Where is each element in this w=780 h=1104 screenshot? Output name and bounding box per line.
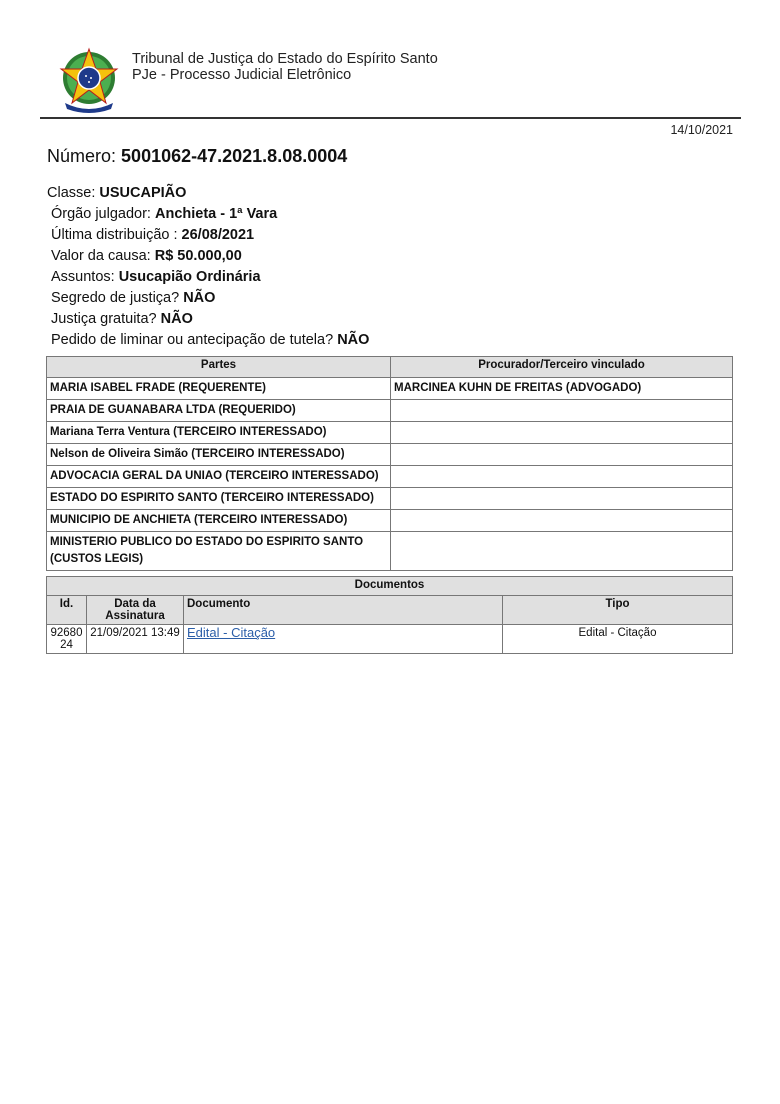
column-header-tipo: Tipo <box>503 596 733 625</box>
table-row: ADVOCACIA GERAL DA UNIAO (TERCEIRO INTER… <box>47 466 733 488</box>
procurador-cell <box>391 510 733 532</box>
procurador-cell <box>391 532 733 571</box>
field-classe: Classe: USUCAPIÃO <box>47 183 369 204</box>
field-segredo-justica: Segredo de justiça? NÃO <box>47 288 369 309</box>
document-cell: Edital - Citação <box>184 625 503 654</box>
parte-cell: MARIA ISABEL FRADE (REQUERENTE) <box>47 378 391 400</box>
field-value: NÃO <box>183 290 215 306</box>
field-value: NÃO <box>161 311 193 327</box>
field-value: R$ 50.000,00 <box>155 248 242 264</box>
field-value: Usucapião Ordinária <box>119 269 261 285</box>
field-value: USUCAPIÃO <box>99 185 186 201</box>
document-date: 21/09/2021 13:49 <box>87 625 184 654</box>
print-date: 14/10/2021 <box>670 123 733 137</box>
table-row: Nelson de Oliveira Simão (TERCEIRO INTER… <box>47 444 733 466</box>
field-orgao-julgador: Órgão julgador: Anchieta - 1ª Vara <box>47 204 369 225</box>
field-label: Última distribuição : <box>51 227 178 243</box>
field-justica-gratuita: Justiça gratuita? NÃO <box>47 309 369 330</box>
header-title: Tribunal de Justiça do Estado do Espírit… <box>132 51 438 83</box>
field-label: Pedido de liminar ou antecipação de tute… <box>51 332 333 348</box>
documentos-header-row: Id. Data da Assinatura Documento Tipo <box>47 596 733 625</box>
field-label: Segredo de justiça? <box>51 290 179 306</box>
field-label: Classe: <box>47 185 95 201</box>
documentos-title: Documentos <box>47 577 733 596</box>
header-divider <box>40 117 741 119</box>
document-header: Tribunal de Justiça do Estado do Espírit… <box>0 0 780 120</box>
column-header-partes: Partes <box>47 357 391 378</box>
process-number: Número: 5001062-47.2021.8.08.0004 <box>47 146 347 167</box>
system-name: PJe - Processo Judicial Eletrônico <box>132 67 438 83</box>
column-header-procurador: Procurador/Terceiro vinculado <box>391 357 733 378</box>
procurador-cell <box>391 444 733 466</box>
court-name: Tribunal de Justiça do Estado do Espírit… <box>132 51 438 67</box>
procurador-cell <box>391 400 733 422</box>
field-label: Justiça gratuita? <box>51 311 157 327</box>
brasao-republica-icon <box>55 45 123 115</box>
parte-cell: ADVOCACIA GERAL DA UNIAO (TERCEIRO INTER… <box>47 466 391 488</box>
table-row: MUNICIPIO DE ANCHIETA (TERCEIRO INTERESS… <box>47 510 733 532</box>
field-ultima-distribuicao: Última distribuição : 26/08/2021 <box>47 225 369 246</box>
document-link[interactable]: Edital - Citação <box>187 625 275 640</box>
table-row: ESTADO DO ESPIRITO SANTO (TERCEIRO INTER… <box>47 488 733 510</box>
documentos-table: Documentos Id. Data da Assinatura Docume… <box>46 576 733 654</box>
procurador-cell <box>391 488 733 510</box>
field-label: Órgão julgador: <box>51 206 151 222</box>
partes-table: Partes Procurador/Terceiro vinculado MAR… <box>46 356 733 571</box>
field-value: 26/08/2021 <box>182 227 255 243</box>
field-pedido-liminar: Pedido de liminar ou antecipação de tute… <box>47 330 369 351</box>
process-number-label: Número: <box>47 146 116 166</box>
procurador-cell <box>391 422 733 444</box>
column-header-data-assinatura: Data da Assinatura <box>87 596 184 625</box>
parte-cell: MUNICIPIO DE ANCHIETA (TERCEIRO INTERESS… <box>47 510 391 532</box>
column-header-id: Id. <box>47 596 87 625</box>
parte-cell: Mariana Terra Ventura (TERCEIRO INTERESS… <box>47 422 391 444</box>
field-valor-causa: Valor da causa: R$ 50.000,00 <box>47 246 369 267</box>
field-assuntos: Assuntos: Usucapião Ordinária <box>47 267 369 288</box>
field-value: NÃO <box>337 332 369 348</box>
document-id: 9268024 <box>47 625 87 654</box>
parte-cell: Nelson de Oliveira Simão (TERCEIRO INTER… <box>47 444 391 466</box>
parte-cell: MINISTERIO PUBLICO DO ESTADO DO ESPIRITO… <box>47 532 391 571</box>
table-row: MINISTERIO PUBLICO DO ESTADO DO ESPIRITO… <box>47 532 733 571</box>
process-fields: Classe: USUCAPIÃO Órgão julgador: Anchie… <box>47 183 369 351</box>
document-type: Edital - Citação <box>503 625 733 654</box>
parte-cell: ESTADO DO ESPIRITO SANTO (TERCEIRO INTER… <box>47 488 391 510</box>
field-label: Assuntos: <box>51 269 115 285</box>
table-row: Mariana Terra Ventura (TERCEIRO INTERESS… <box>47 422 733 444</box>
process-number-value: 5001062-47.2021.8.08.0004 <box>121 146 347 166</box>
partes-header-row: Partes Procurador/Terceiro vinculado <box>47 357 733 378</box>
procurador-cell <box>391 466 733 488</box>
field-label: Valor da causa: <box>51 248 151 264</box>
table-row: PRAIA DE GUANABARA LTDA (REQUERIDO) <box>47 400 733 422</box>
table-row: 9268024 21/09/2021 13:49 Edital - Citaçã… <box>47 625 733 654</box>
procurador-cell: MARCINEA KUHN DE FREITAS (ADVOGADO) <box>391 378 733 400</box>
column-header-documento: Documento <box>184 596 503 625</box>
documentos-title-row: Documentos <box>47 577 733 596</box>
parte-cell: PRAIA DE GUANABARA LTDA (REQUERIDO) <box>47 400 391 422</box>
table-row: MARIA ISABEL FRADE (REQUERENTE)MARCINEA … <box>47 378 733 400</box>
field-value: Anchieta - 1ª Vara <box>155 206 277 222</box>
